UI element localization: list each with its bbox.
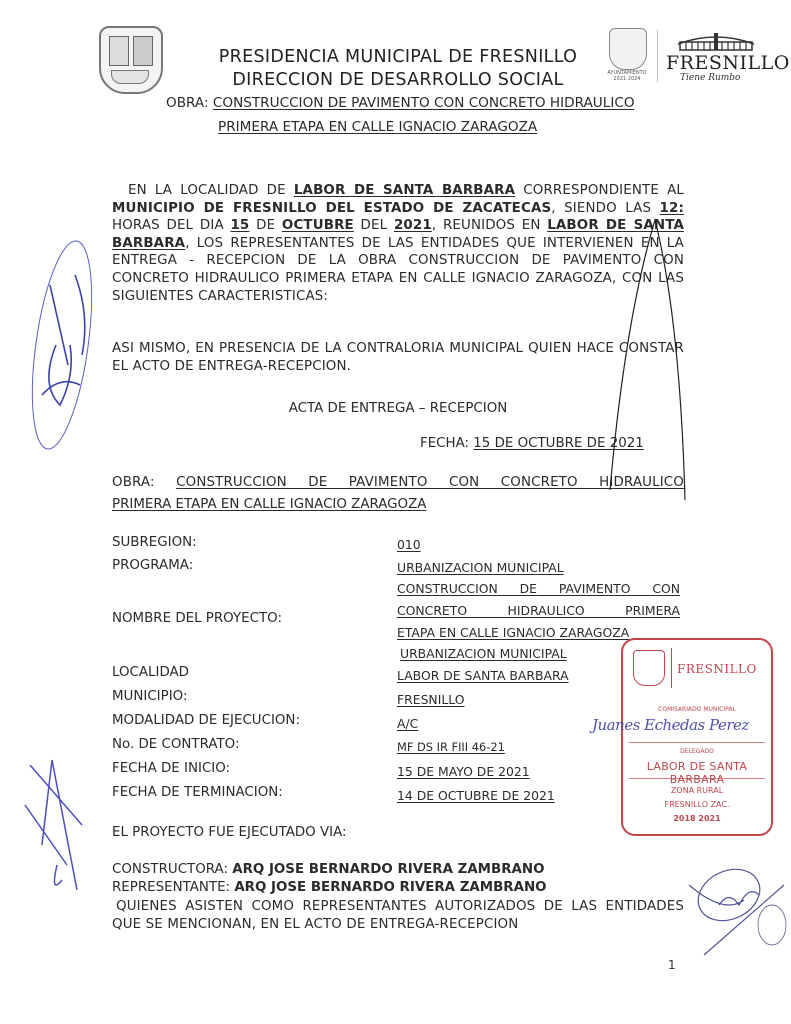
- intro-text: HORAS DEL DIA: [112, 218, 230, 233]
- intro-municipio: MUNICIPIO DE FRESNILLO DEL ESTADO DE ZAC…: [112, 201, 551, 216]
- intro-dia: 15: [230, 218, 249, 233]
- fresnillo-logo-wordmark: FRESNILLO: [666, 52, 790, 74]
- stamp-zona: ZONA RURAL: [623, 786, 771, 795]
- vertical-signature-stroke-icon: [600, 200, 690, 500]
- contraloria-paragraph: ASI MISMO, EN PRESENCIA DE LA CONTRALORI…: [112, 340, 684, 375]
- page-number: 1: [668, 958, 676, 972]
- programa-value: URBANIZACION MUNICIPAL: [397, 560, 564, 575]
- municipio-label: MUNICIPIO:: [112, 689, 187, 704]
- intro-text: , REUNIDOS EN: [432, 218, 547, 233]
- left-signature-oval-icon: [20, 235, 110, 465]
- ejecucion-title: EL PROYECTO FUE EJECUTADO VIA:: [112, 825, 347, 840]
- inicio-value: 15 DE MAYO DE 2021: [397, 764, 530, 779]
- proyecto-extra: URBANIZACION MUNICIPAL: [400, 646, 567, 661]
- stamp-crest-icon: [633, 650, 665, 686]
- header-obra-label: OBRA:: [166, 95, 213, 111]
- constructora-label: CONSTRUCTORA:: [112, 862, 232, 877]
- intro-text: , LOS REPRESENTANTES DE LAS ENTIDADES QU…: [112, 236, 684, 304]
- constructora-line: CONSTRUCTORA: ARQ JOSE BERNARDO RIVERA Z…: [112, 862, 544, 877]
- header-title-line2: DIRECCION DE DESARROLLO SOCIAL: [198, 70, 598, 90]
- crest-caption: AYUNTAMIENTO 2021-2024: [603, 70, 651, 82]
- right-signature-icon: [684, 845, 789, 955]
- logo-divider: [657, 30, 658, 82]
- intro-localidad: LABOR DE SANTA BARBARA: [294, 183, 515, 198]
- header-obra-line2: PRIMERA ETAPA EN CALLE IGNACIO ZARAGOZA: [218, 119, 537, 135]
- terminacion-label: FECHA DE TERMINACION:: [112, 785, 283, 800]
- representante-label: REPRESENTANTE:: [112, 880, 234, 895]
- representante-value: ARQ JOSE BERNARDO RIVERA ZAMBRANO: [234, 880, 546, 895]
- stamp-municipio: FRESNILLO ZAC.: [623, 800, 771, 809]
- modalidad-label: MODALIDAD DE EJECUCION:: [112, 713, 300, 728]
- terminacion-value: 14 DE OCTUBRE DE 2021: [397, 788, 555, 803]
- handwritten-name-signature: Juanes Echedas Perez: [592, 716, 749, 734]
- stamp-top-line: COMISARIADO MUNICIPAL: [623, 706, 771, 713]
- proyecto-line-3: ETAPA EN CALLE IGNACIO ZARAGOZA: [397, 625, 629, 640]
- header-title-line1: PRESIDENCIA MUNICIPAL DE FRESNILLO: [198, 47, 598, 67]
- localidad-label: LOCALIDAD: [112, 665, 189, 680]
- stamp-localidad: LABOR DE SANTA BARBARA: [623, 760, 771, 786]
- intro-text: DE: [249, 218, 282, 233]
- localidad-value: LABOR DE SANTA BARBARA: [397, 668, 569, 683]
- intro-mes: OCTUBRE: [282, 218, 354, 233]
- fresnillo-building-logo-icon: [676, 30, 756, 52]
- proyecto-line-1: CONSTRUCCION DE PAVIMENTO CON: [397, 578, 680, 599]
- fecha-label: FECHA:: [420, 436, 473, 451]
- modalidad-value: A/C: [397, 716, 418, 731]
- stamp-periodo: 2018 2021: [623, 814, 771, 823]
- intro-text: DEL: [354, 218, 394, 233]
- inicio-label: FECHA DE INICIO:: [112, 761, 230, 776]
- obra-line1: OBRA: CONSTRUCCION DE PAVIMENTO CON CONC…: [112, 472, 684, 494]
- municipio-value: FRESNILLO: [397, 692, 464, 707]
- closing-paragraph: QUIENES ASISTEN COMO REPRESENTANTES AUTO…: [112, 898, 684, 933]
- header-obra-title: CONSTRUCCION DE PAVIMENTO CON CONCRETO H…: [213, 95, 635, 111]
- contrato-label: No. DE CONTRATO:: [112, 737, 239, 752]
- constructora-value: ARQ JOSE BERNARDO RIVERA ZAMBRANO: [232, 862, 544, 877]
- proyecto-line-2: CONCRETO HIDRAULICO PRIMERA: [397, 600, 680, 621]
- header-obra-line1: OBRA: CONSTRUCCION DE PAVIMENTO CON CONC…: [166, 95, 635, 111]
- acta-title: ACTA DE ENTREGA – RECEPCION: [112, 401, 684, 416]
- intro-paragraph: EN LA LOCALIDAD DE LABOR DE SANTA BARBAR…: [112, 182, 684, 305]
- intro-anio: 2021: [394, 218, 432, 233]
- subregion-label: SUBREGION:: [112, 535, 197, 550]
- stamp-cargo: DELEGADO: [623, 748, 771, 755]
- intro-text: CORRESPONDIENTE AL: [515, 183, 684, 198]
- official-stamp: FRESNILLO COMISARIADO MUNICIPAL DELEGADO…: [621, 638, 773, 836]
- logo-tagline: Tiene Rumbo: [680, 73, 740, 83]
- subregion-value: 010: [397, 537, 421, 552]
- representante-line: REPRESENTANTE: ARQ JOSE BERNARDO RIVERA …: [112, 880, 547, 895]
- contrato-value: MF DS IR FIII 46-21: [397, 740, 505, 754]
- left-signature-bottom-icon: [22, 755, 102, 895]
- obra-label: OBRA:: [112, 475, 176, 490]
- municipal-crest-left-logo: [99, 26, 163, 94]
- obra-line2: PRIMERA ETAPA EN CALLE IGNACIO ZARAGOZA: [112, 497, 426, 512]
- proyecto-label: NOMBRE DEL PROYECTO:: [112, 611, 282, 626]
- intro-text: EN LA LOCALIDAD DE: [128, 183, 294, 198]
- stamp-logo-word: FRESNILLO: [677, 662, 757, 676]
- ayuntamiento-crest-logo: [609, 28, 647, 70]
- programa-label: PROGRAMA:: [112, 558, 193, 573]
